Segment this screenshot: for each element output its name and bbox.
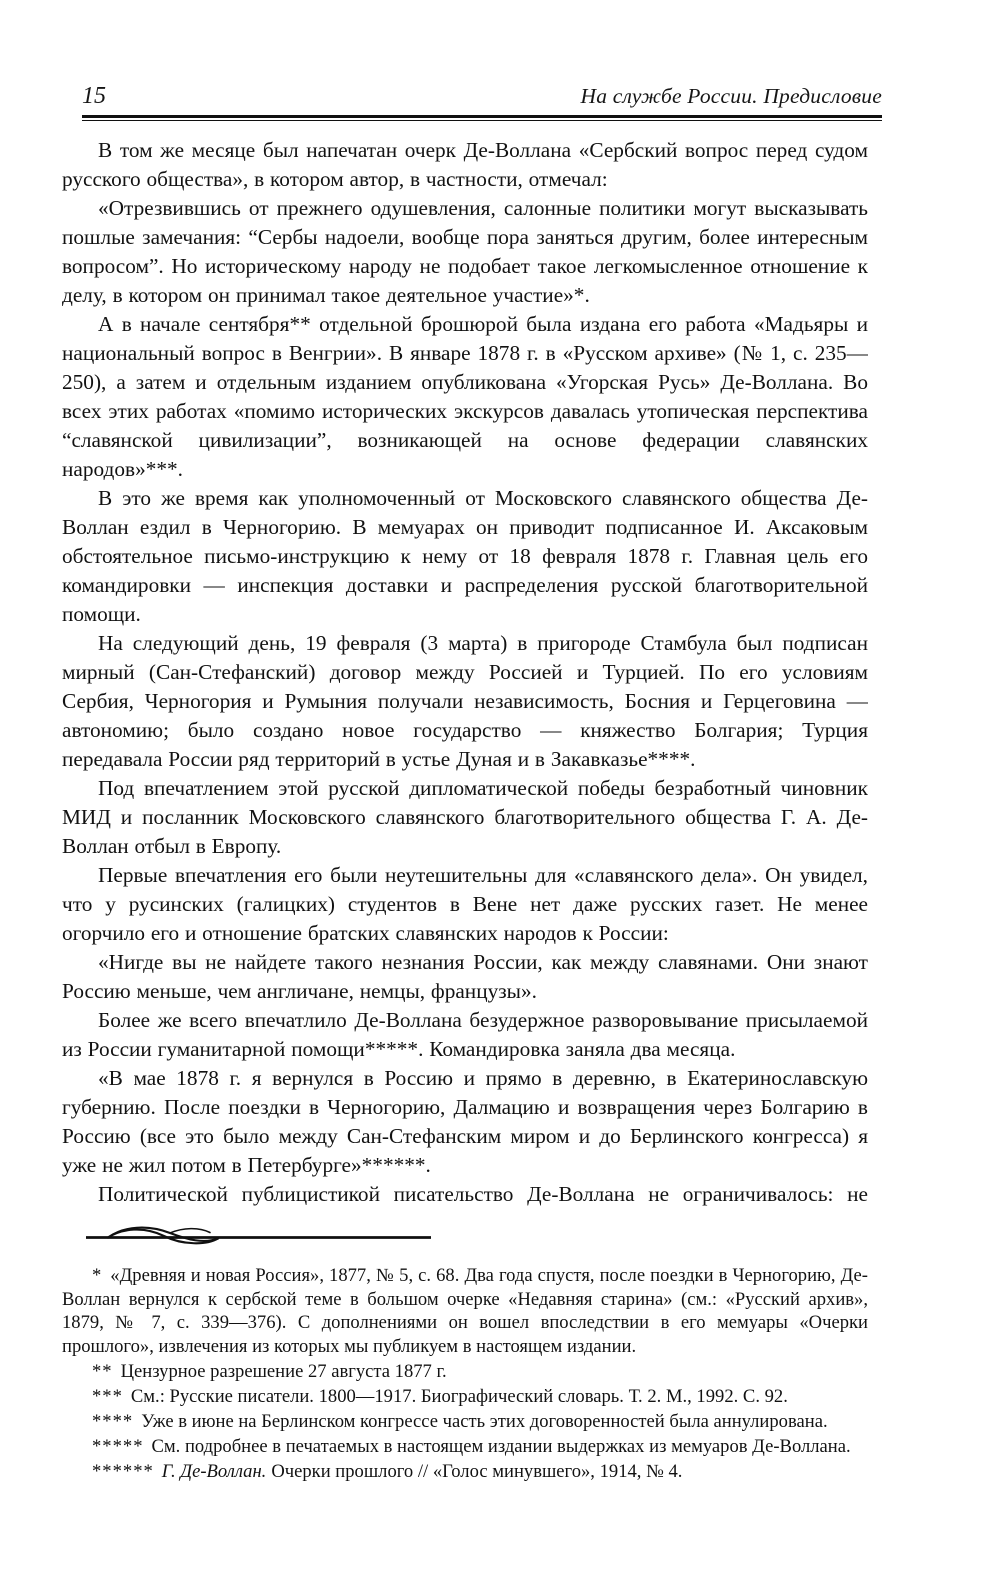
- footnote-marker: *: [92, 1265, 102, 1286]
- footnote-area: *«Древняя и новая Россия», 1877, № 5, с.…: [62, 1222, 868, 1485]
- page-header: 15 На службе России. Предисловие: [82, 84, 882, 108]
- footnote-text: См.: Русские писатели. 1800—1917. Биогра…: [131, 1386, 788, 1407]
- body-paragraph: В том же месяце был напечатан очерк Де-В…: [62, 136, 868, 194]
- body-paragraph: «В мае 1878 г. я вернулся в Россию и пря…: [62, 1064, 868, 1180]
- book-page: 15 На службе России. Предисловие В том ж…: [0, 0, 1000, 1587]
- body-paragraph: Более же всего впечатлило Де-Воллана без…: [62, 1006, 868, 1064]
- footnote-text: Очерки прошлого // «Голос минувшего», 19…: [271, 1461, 682, 1482]
- footnote-marker: ******: [92, 1461, 154, 1482]
- body-paragraph: На следующий день, 19 февраля (3 марта) …: [62, 629, 868, 774]
- body-paragraph: В это же время как уполномоченный от Мос…: [62, 484, 868, 629]
- body-paragraph: «Отрезвившись от прежнего одушевления, с…: [62, 194, 868, 310]
- footnote: *****См. подробнее в печатаемых в настоя…: [62, 1435, 868, 1459]
- footnote: ****Уже в июне на Берлинском конгрессе ч…: [62, 1410, 868, 1434]
- footnote: ******Г. Де-Воллан.Очерки прошлого // «Г…: [62, 1460, 868, 1484]
- footnote-text: Уже в июне на Берлинском конгрессе часть…: [141, 1411, 827, 1432]
- header-rule: [82, 115, 882, 121]
- footnote-text: См. подробнее в печатаемых в настоящем и…: [151, 1436, 850, 1457]
- page-body: В том же месяце был напечатан очерк Де-В…: [62, 136, 868, 1206]
- footnote-author: Г. Де-Воллан.: [162, 1461, 267, 1482]
- footnote-divider-ornament: [86, 1222, 431, 1250]
- body-paragraph: «Нигде вы не найдете такого незнания Рос…: [62, 948, 868, 1006]
- page-number: 15: [82, 84, 106, 108]
- footnote: **Цензурное разрешение 27 августа 1877 г…: [62, 1360, 868, 1384]
- footnote-marker: **: [92, 1361, 113, 1382]
- footnote-marker: ***: [92, 1386, 123, 1407]
- footnote-text: «Древняя и новая Россия», 1877, № 5, с. …: [62, 1265, 868, 1357]
- footnote: ***См.: Русские писатели. 1800—1917. Био…: [62, 1385, 868, 1409]
- footnote-marker: *****: [92, 1436, 143, 1457]
- body-paragraph: Первые впечатления его были неутешительн…: [62, 861, 868, 948]
- footnote-marker: ****: [92, 1411, 133, 1432]
- body-paragraph: Под впечатлением этой русской дипломатич…: [62, 774, 868, 861]
- footnote-text: Цензурное разрешение 27 августа 1877 г.: [121, 1361, 447, 1382]
- footnote: *«Древняя и новая Россия», 1877, № 5, с.…: [62, 1264, 868, 1358]
- running-title: На службе России. Предисловие: [581, 86, 882, 108]
- body-paragraph: Политической публицистикой писательство …: [62, 1180, 868, 1206]
- body-paragraph: А в начале сентября** отдельной брошюрой…: [62, 310, 868, 484]
